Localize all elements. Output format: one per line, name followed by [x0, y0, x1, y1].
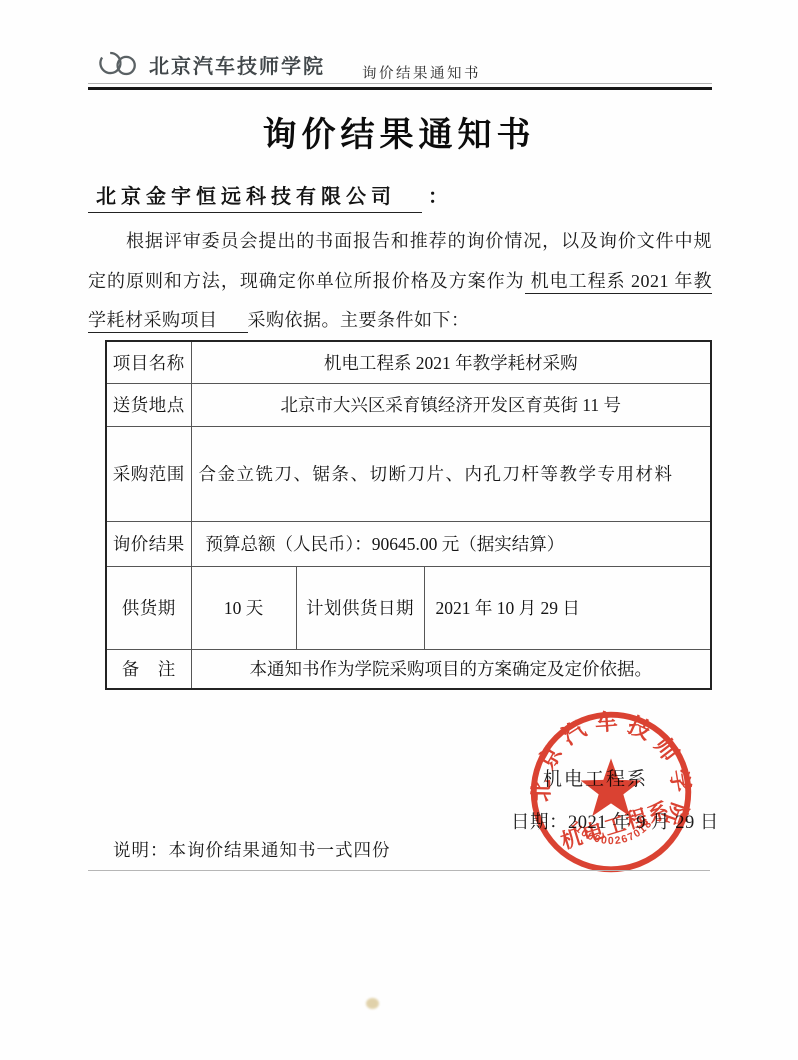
table-row-procurement-scope: 采购范围 合金立铣刀、锯条、切断刀片、内孔刀杆等教学专用材料 [106, 426, 711, 521]
row-value: 10 天 [191, 566, 296, 649]
row-label: 备 注 [106, 649, 191, 689]
letterhead: 北京汽车技师学院 [98, 49, 325, 79]
conditions-table: 项目名称 机电工程系 2021 年教学耗材采购 送货地点 北京市大兴区采育镇经济… [105, 340, 712, 690]
stamp-graphic: 北京汽车技师学院 机电工程系 1100000267018 [527, 708, 695, 876]
row-value: 北京市大兴区采育镇经济开发区育英街 11 号 [191, 383, 711, 426]
row-label: 采购范围 [106, 426, 191, 521]
row-label: 供货期 [106, 566, 191, 649]
letterhead-rule-thin [88, 83, 712, 84]
org-logo-icon [98, 49, 140, 79]
letterhead-rule-thick [88, 87, 712, 90]
recipient-line: 北京金宇恒远科技有限公司： [88, 180, 448, 209]
table-row-supply-period: 供货期 10 天 计划供货日期 2021 年 10 月 29 日 [106, 566, 711, 649]
table-row-delivery-place: 送货地点 北京市大兴区采育镇经济开发区育英街 11 号 [106, 383, 711, 426]
footnote-rule [88, 870, 710, 871]
row-label: 送货地点 [106, 383, 191, 426]
paragraph-end: 采购依据。主要条件如下： [248, 310, 470, 330]
row-value-planned-date: 2021 年 10 月 29 日 [424, 566, 711, 649]
body-paragraph: 根据评审委员会提出的书面报告和推荐的询价情况，以及询价文件中规定的原则和方法，现… [88, 222, 712, 341]
row-label-planned-date: 计划供货日期 [296, 566, 424, 649]
row-label: 询价结果 [106, 521, 191, 566]
row-value: 合金立铣刀、锯条、切断刀片、内孔刀杆等教学专用材料 [191, 426, 711, 521]
row-label: 项目名称 [106, 341, 191, 383]
org-name: 北京汽车技师学院 [149, 50, 325, 79]
row-value: 预算总额（人民币）：90645.00 元（据实结算） [191, 521, 711, 566]
document-page: 北京汽车技师学院 询价结果通知书 询价结果通知书 北京金宇恒远科技有限公司： 根… [0, 0, 798, 1060]
footnote: 说明：本询价结果通知书一式四份 [113, 837, 391, 862]
official-stamp: 北京汽车技师学院 机电工程系 1100000267018 [527, 708, 695, 876]
table-row-project-name: 项目名称 机电工程系 2021 年教学耗材采购 [106, 341, 711, 383]
table-row-inquiry-result: 询价结果 预算总额（人民币）：90645.00 元（据实结算） [106, 521, 711, 566]
scan-speck [366, 998, 379, 1009]
page-title: 询价结果通知书 [0, 107, 798, 156]
table-row-remarks: 备 注 本通知书作为学院采购项目的方案确定及定价依据。 [106, 649, 711, 689]
recipient-name: 北京金宇恒远科技有限公司 [88, 186, 422, 213]
recipient-colon: ： [428, 186, 448, 208]
row-value: 机电工程系 2021 年教学耗材采购 [191, 341, 711, 383]
letterhead-doc-type: 询价结果通知书 [362, 62, 481, 83]
row-value: 本通知书作为学院采购项目的方案确定及定价依据。 [191, 649, 711, 689]
